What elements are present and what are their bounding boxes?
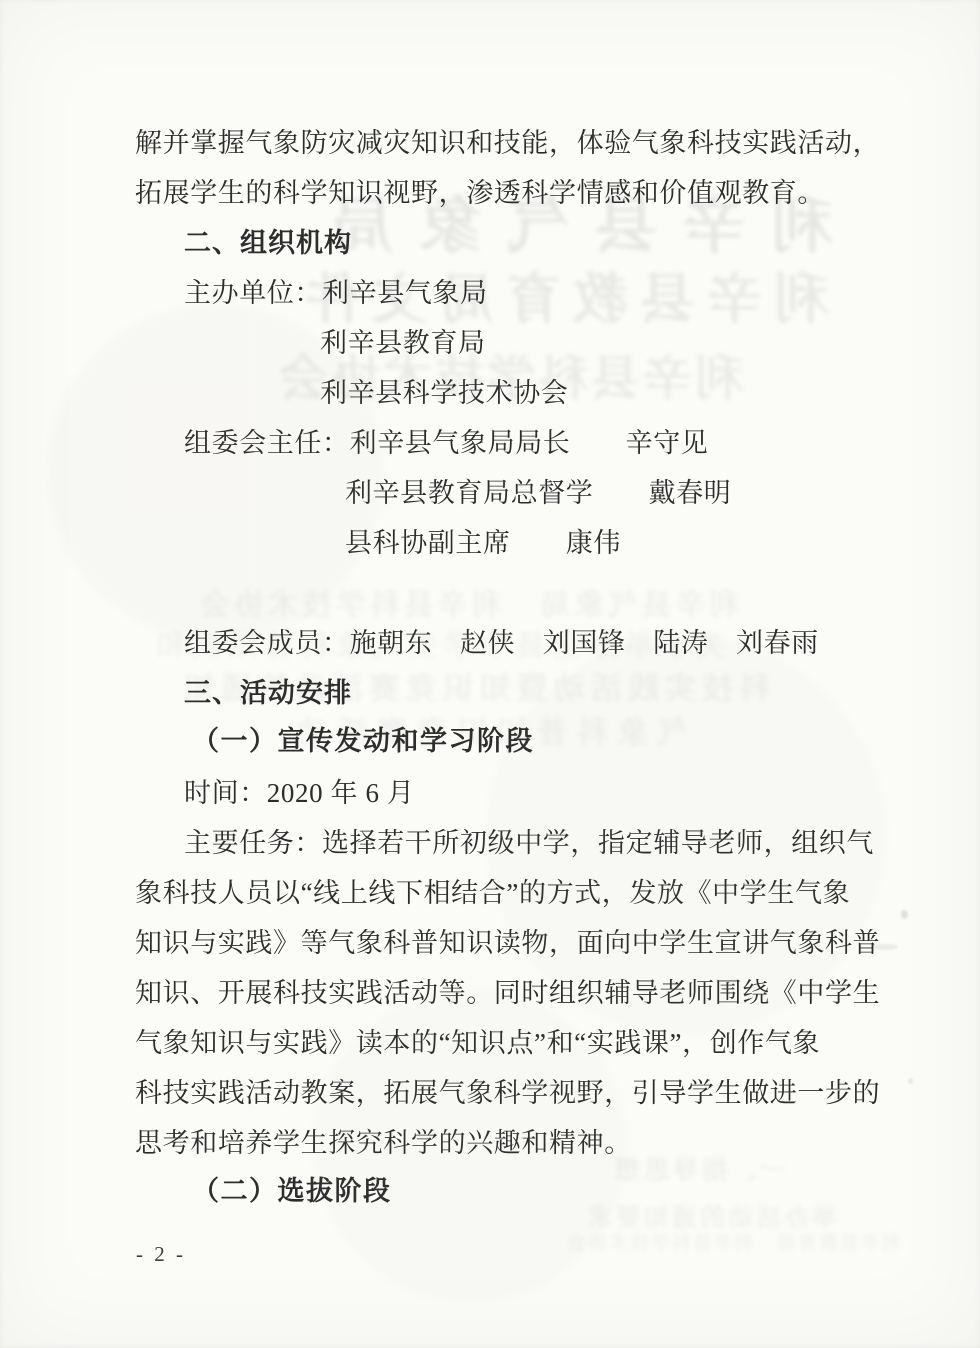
scan-smudge xyxy=(901,910,908,919)
bleedthrough-bottom-line-2: 举办活动的通知要求 xyxy=(585,1198,837,1234)
paragraph-line: 拓展学生的科学知识视野，渗透科学情感和价值观教育。 xyxy=(135,176,825,212)
main-task-line-2: 象科技人员以“线上线下相结合”的方式，发放《中学生气象 xyxy=(135,876,850,912)
bleedthrough-bottom-line-3: 利辛县教育局 利辛县科学技术协会 xyxy=(565,1228,901,1255)
host-unit-line-3: 利辛县科学技术协会 xyxy=(320,376,568,412)
main-task-line-7: 思考和培养学生探究科学的兴趣和精神。 xyxy=(135,1126,632,1162)
scan-smudge xyxy=(908,1078,913,1084)
section-heading-organization: 二、组织机构 xyxy=(184,226,352,262)
paragraph-continuation-line: 解并掌握气象防灾减灾知识和技能，体验气象科技实践活动， xyxy=(135,126,880,162)
committee-director-line-3: 县科协副主席 康伟 xyxy=(345,526,621,562)
main-task-line-3: 知识与实践》等气象科普知识读物，面向中学生宣讲气象科普 xyxy=(135,926,880,962)
host-unit-line-2: 利辛县教育局 xyxy=(320,326,486,362)
time-line: 时间：2020 年 6 月 xyxy=(184,776,415,812)
main-task-line-1: 主要任务：选择若干所初级中学，指定辅导老师，组织气 xyxy=(184,826,874,862)
bleedthrough-bottom-line-1: 一、指导思想 xyxy=(612,1150,786,1187)
committee-director-line-2: 利辛县教育局总督学 戴春明 xyxy=(345,476,731,512)
host-unit-line: 主办单位：利辛县气象局 xyxy=(184,276,488,312)
subsection-heading-stage-1: （一）宣传发动和学习阶段 xyxy=(192,724,534,760)
committee-members-line: 组委会成员：施朝东 赵侠 刘国锋 陆涛 刘春雨 xyxy=(184,626,819,662)
committee-director-line: 组委会主任：利辛县气象局局长 辛守见 xyxy=(184,426,708,462)
main-task-line-4: 知识、开展科技实践活动等。同时组织辅导老师围绕《中学生 xyxy=(135,976,880,1012)
main-task-line-6: 科技实践活动教案，拓展气象科学视野，引导学生做进一步的 xyxy=(135,1076,880,1112)
scanned-document-page: 利辛县气象局 利辛县教育局文件 利辛县科学技术协会 利辛县气象局 利辛县科学技术… xyxy=(0,0,980,1348)
subsection-heading-stage-2: （二）选拔阶段 xyxy=(192,1174,392,1210)
section-heading-activities: 三、活动安排 xyxy=(184,676,352,712)
page-number: - 2 - xyxy=(136,1242,186,1267)
bleedthrough-middle-line-1: 利辛县气象局 利辛县科学技术协会 xyxy=(196,580,740,624)
main-task-line-5: 气象知识与实践》读本的“知识点”和“实践课”，创作气象 xyxy=(135,1026,820,1062)
